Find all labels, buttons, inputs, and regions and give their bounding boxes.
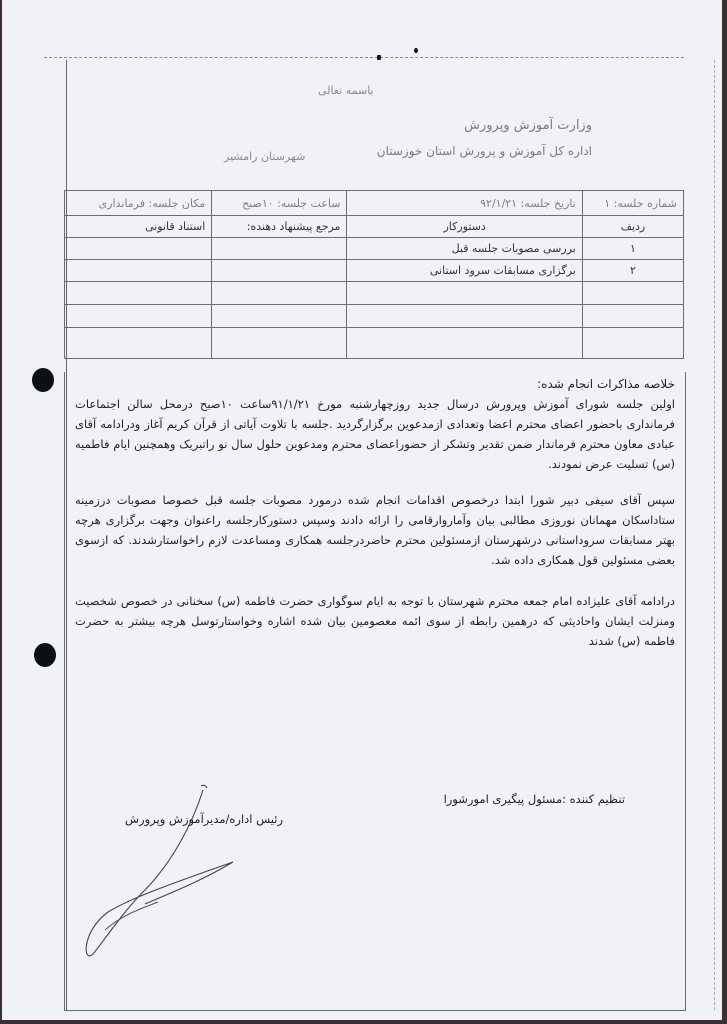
row-agenda-item: بررسی مصوبات جلسه قبل — [347, 238, 582, 260]
row-legal-basis — [65, 282, 212, 305]
row-index: ۲ — [582, 260, 683, 282]
meeting-date: تاریخ جلسه: ۹۲/۱/۲۱ — [347, 191, 582, 216]
bismillah-heading: باسمه تعالی — [318, 84, 374, 97]
row-index — [582, 282, 683, 305]
row-agenda-item — [347, 282, 582, 305]
meeting-place: مکان جلسه: فرمانداری — [65, 191, 212, 216]
directorate-name: اداره کل آموزش و پرورش استان خوزستان — [377, 144, 592, 158]
row-legal-basis — [65, 238, 212, 260]
table-row — [65, 305, 684, 328]
row-legal-basis — [65, 328, 212, 359]
table-row: ۱ بررسی مصوبات جلسه قبل — [65, 238, 684, 260]
row-proposer — [212, 282, 347, 305]
row-proposer — [212, 260, 347, 282]
table-row — [65, 282, 684, 305]
row-index: ۱ — [582, 238, 683, 260]
row-legal-basis — [65, 260, 212, 282]
meeting-time: ساعت جلسه: ۱۰صبح — [212, 191, 347, 216]
column-header-proposer: مرجع پیشنهاد دهنده: — [212, 216, 347, 238]
signature-icon — [83, 782, 263, 962]
minutes-title: خلاصه مذاکرات انجام شده: — [537, 377, 675, 391]
right-margin-line — [714, 60, 715, 1010]
meeting-info-row: شماره جلسه: ۱ تاریخ جلسه: ۹۲/۱/۲۱ ساعت ج… — [65, 191, 684, 216]
meeting-number: شماره جلسه: ۱ — [582, 191, 683, 216]
row-proposer — [212, 238, 347, 260]
agenda-table: شماره جلسه: ۱ تاریخ جلسه: ۹۲/۱/۲۱ ساعت ج… — [64, 190, 684, 359]
row-legal-basis — [65, 305, 212, 328]
column-header-index: ردیف — [582, 216, 683, 238]
minutes-paragraph: درادامه آقای علیزاده امام جمعه محترم شهر… — [75, 591, 675, 651]
table-row: ۲ برگزاری مسابقات سرود استانی — [65, 260, 684, 282]
punch-hole-icon — [34, 643, 56, 667]
minutes-paragraph: سپس آقای سیفی دبیر شورا ابتدا درخصوص اقد… — [75, 490, 675, 570]
table-row — [65, 328, 684, 359]
row-agenda-item: برگزاری مسابقات سرود استانی — [347, 260, 582, 282]
row-agenda-item — [347, 328, 582, 359]
ink-speck — [414, 48, 418, 53]
row-proposer — [212, 305, 347, 328]
top-dashed-rule — [44, 57, 684, 58]
minutes-section: خلاصه مذاکرات انجام شده: اولین جلسه شورا… — [64, 372, 686, 1011]
column-header-agenda: دستورکار — [347, 216, 582, 238]
ink-speck — [377, 55, 381, 60]
ministry-name: وزارت آموزش وپرورش — [464, 118, 592, 133]
minutes-paragraph: اولین جلسه شورای آموزش وپرورش درسال جدید… — [75, 394, 675, 474]
punch-hole-icon — [32, 368, 54, 392]
row-index — [582, 305, 683, 328]
row-proposer — [212, 328, 347, 359]
column-header-row: ردیف دستورکار مرجع پیشنهاد دهنده: استناد… — [65, 216, 684, 238]
row-index — [582, 328, 683, 359]
prepared-by-label: تنظیم کننده :مسئول پیگیری امورشورا — [444, 792, 625, 806]
column-header-legal-basis: استناد قانونی — [65, 216, 212, 238]
scanned-document-page: باسمه تعالی وزارت آموزش وپرورش اداره کل … — [2, 0, 722, 1020]
row-agenda-item — [347, 305, 582, 328]
city-name: شهرستان رامشیر — [224, 150, 305, 163]
